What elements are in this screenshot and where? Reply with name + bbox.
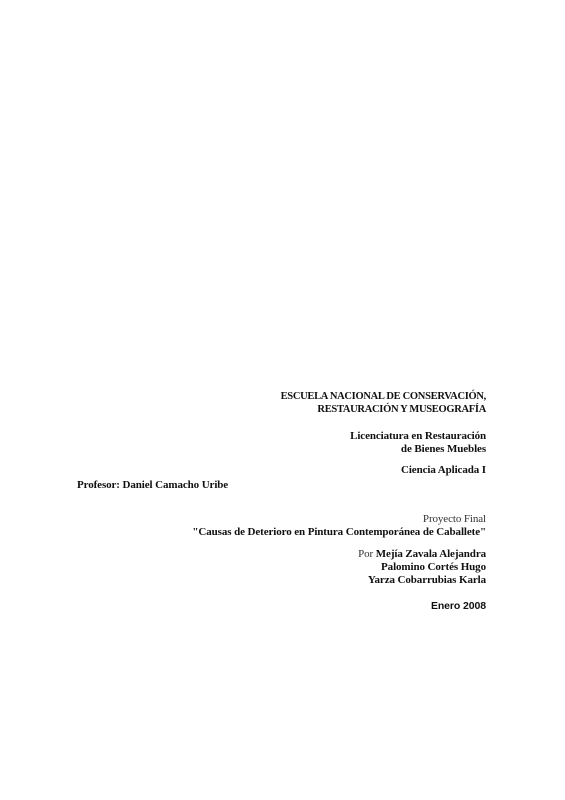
- course-name: Ciencia Aplicada I: [401, 464, 486, 477]
- project-title: "Causas de Deterioro en Pintura Contempo…: [192, 526, 486, 539]
- author-name: Mejía Zavala Alejandra: [376, 548, 486, 560]
- professor-name: Profesor: Daniel Camacho Uribe: [77, 479, 228, 492]
- author-line-1: Por Mejía Zavala Alejandra: [358, 548, 486, 561]
- degree-line1: Licenciatura en Restauración: [350, 430, 486, 443]
- document-page: ESCUELA NACIONAL DE CONSERVACIÓN, RESTAU…: [0, 0, 565, 800]
- institution-name-line2: RESTAURACIÓN Y MUSEOGRAFÍA: [317, 403, 486, 416]
- project-label: Proyecto Final: [423, 513, 486, 526]
- author-line-3: Yarza Cobarrubias Karla: [368, 574, 486, 587]
- institution-name-line1: ESCUELA NACIONAL DE CONSERVACIÓN,: [281, 390, 486, 403]
- document-date: Enero 2008: [431, 600, 486, 613]
- authors-prefix: Por: [358, 548, 373, 560]
- degree-line2: de Bienes Muebles: [401, 443, 486, 456]
- author-line-2: Palomino Cortés Hugo: [381, 561, 486, 574]
